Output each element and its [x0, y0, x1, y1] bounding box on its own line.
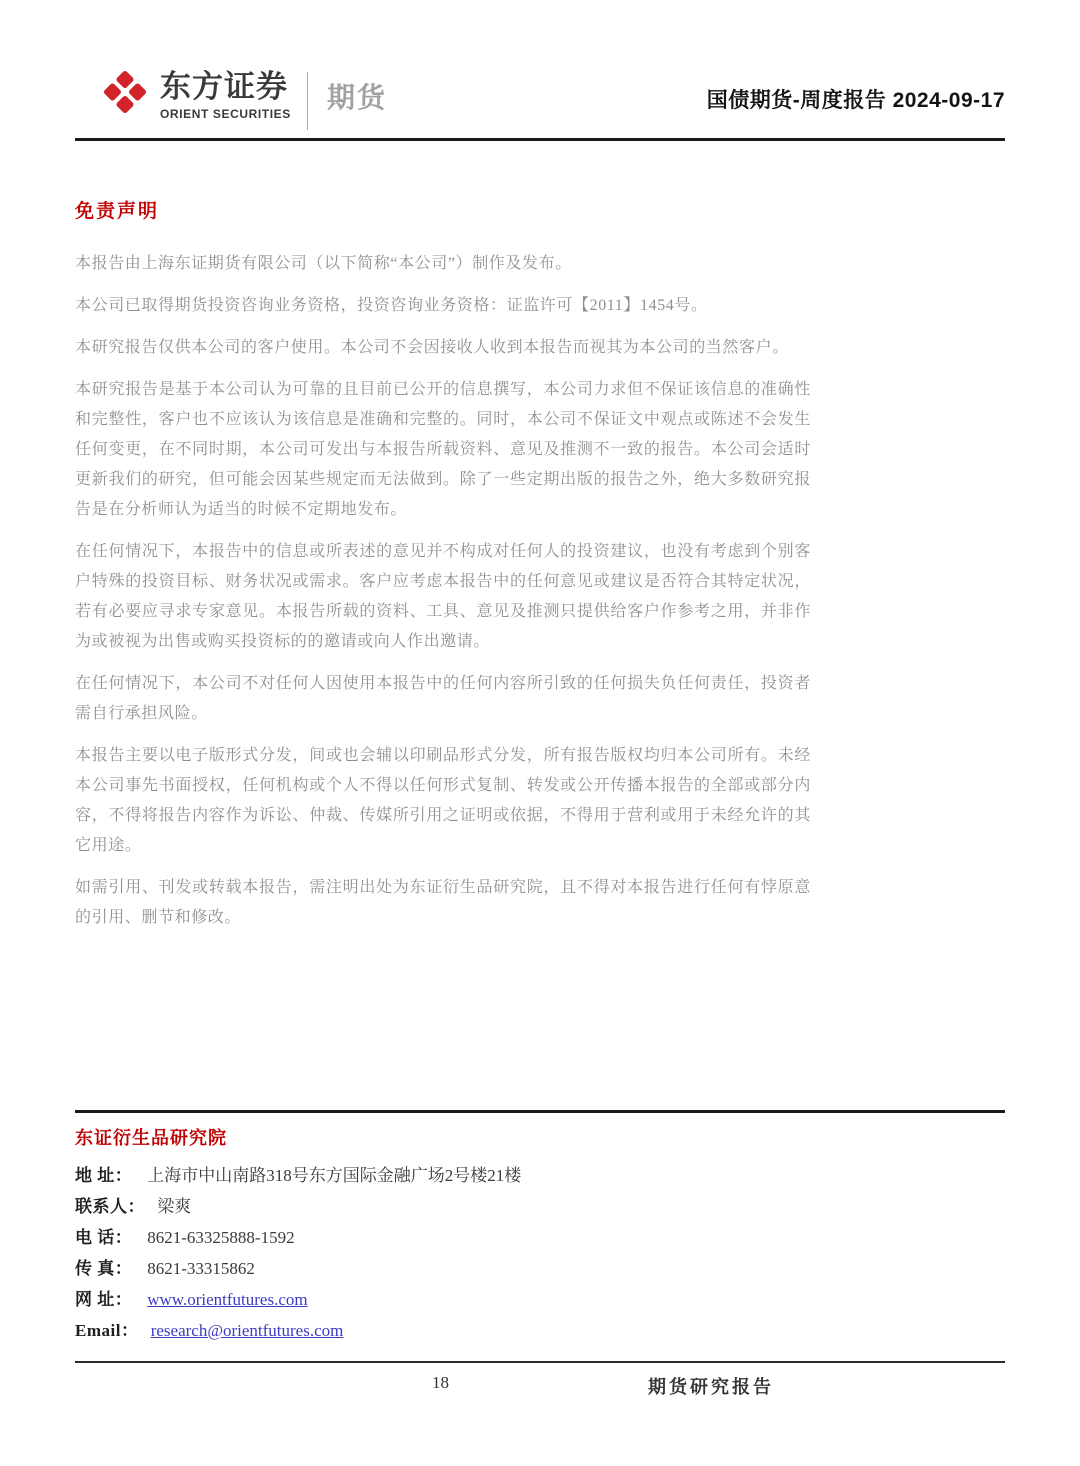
disclaimer-section: 免责声明 本报告由上海东证期货有限公司（以下简称“本公司”）制作及发布。 本公司… [75, 196, 811, 945]
page-header: 东方证券 ORIENT SECURITIES 期货 国债期货-周度报告 2024… [0, 0, 1080, 141]
institute-title: 东证衍生品研究院 [75, 1124, 1005, 1150]
institute-top-rule [75, 1110, 1005, 1113]
brand-text-block: 东方证券 ORIENT SECURITIES [160, 66, 291, 121]
report-title: 国债期货-周度报告 2024-09-17 [707, 84, 1005, 114]
contact-row-phone: 电 话： 8621-63325888-1592 [75, 1229, 1005, 1247]
orient-securities-logo: 东方证券 ORIENT SECURITIES [100, 66, 291, 121]
brand-name-en: ORIENT SECURITIES [160, 107, 291, 121]
disclaimer-paragraph: 本研究报告是基于本公司认为可靠的且目前已公开的信息撰写，本公司力求但不保证该信息… [75, 375, 811, 525]
footer-label: 期货研究报告 [648, 1373, 774, 1399]
report-page: 东方证券 ORIENT SECURITIES 期货 国债期货-周度报告 2024… [0, 0, 1080, 1466]
contact-label: 网 址： [75, 1291, 135, 1309]
page-number: 18 [432, 1373, 449, 1393]
disclaimer-paragraph: 本公司已取得期货投资咨询业务资格，投资咨询业务资格：证监许可【2011】1454… [75, 291, 811, 321]
disclaimer-paragraph: 如需引用、刊发或转载本报告，需注明出处为东证衍生品研究院，且不得对本报告进行任何… [75, 873, 811, 933]
contact-label: Email： [75, 1322, 138, 1340]
contact-row-fax: 传 真： 8621-33315862 [75, 1260, 1005, 1278]
brand-name-cn: 东方证券 [160, 70, 291, 104]
website-link[interactable]: www.orientfutures.com [147, 1290, 307, 1309]
contact-value-person: 梁爽 [157, 1197, 191, 1216]
contact-row-address: 地 址： 上海市中山南路318号东方国际金融广场2号楼21楼 [75, 1167, 1005, 1185]
contact-row-website: 网 址： www.orientfutures.com [75, 1291, 1005, 1309]
disclaimer-title: 免责声明 [75, 196, 811, 223]
header-rule [75, 138, 1005, 141]
contact-value-fax: 8621-33315862 [147, 1259, 255, 1278]
division-label: 期货 [327, 76, 387, 116]
disclaimer-paragraph: 在任何情况下，本公司不对任何人因使用本报告中的任何内容所引致的任何损失负任何责任… [75, 669, 811, 729]
contact-label: 联系人： [75, 1198, 145, 1216]
contact-label: 电 话： [75, 1229, 135, 1247]
disclaimer-paragraph: 本研究报告仅供本公司的客户使用。本公司不会因接收人收到本报告而视其为本公司的当然… [75, 333, 811, 363]
contact-list: 地 址： 上海市中山南路318号东方国际金融广场2号楼21楼 联系人： 梁爽 电… [75, 1167, 1005, 1340]
contact-value-phone: 8621-63325888-1592 [147, 1228, 294, 1247]
contact-label: 传 真： [75, 1260, 135, 1278]
header-vertical-divider [307, 72, 308, 130]
footer-rule [75, 1361, 1005, 1363]
contact-label: 地 址： [75, 1167, 135, 1185]
email-link[interactable]: research@orientfutures.com [151, 1321, 344, 1340]
disclaimer-paragraph: 本报告由上海东证期货有限公司（以下简称“本公司”）制作及发布。 [75, 249, 811, 279]
contact-value-address: 上海市中山南路318号东方国际金融广场2号楼21楼 [147, 1166, 521, 1185]
orient-diamond-logo-icon [100, 66, 150, 118]
institute-section: 东证衍生品研究院 地 址： 上海市中山南路318号东方国际金融广场2号楼21楼 … [75, 1110, 1005, 1353]
disclaimer-paragraph: 在任何情况下，本报告中的信息或所表述的意见并不构成对任何人的投资建议，也没有考虑… [75, 537, 811, 657]
contact-row-person: 联系人： 梁爽 [75, 1198, 1005, 1216]
contact-row-email: Email： research@orientfutures.com [75, 1322, 1005, 1340]
disclaimer-paragraph: 本报告主要以电子版形式分发，间或也会辅以印刷品形式分发，所有报告版权均归本公司所… [75, 741, 811, 861]
